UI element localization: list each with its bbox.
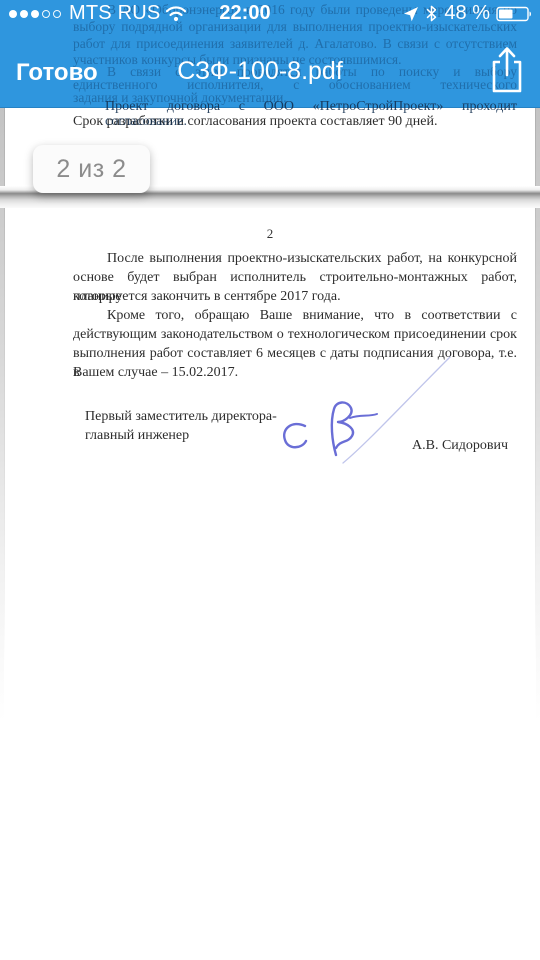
doc-line: Кроме того, обращаю Ваше внимание, что в… [107, 306, 517, 325]
bluetooth-icon [425, 5, 438, 22]
signature-role-line2: главный инженер [85, 426, 189, 445]
status-bar: MTS RUS 22:00 48 % [0, 0, 540, 27]
iphone-screen: Срок разработки и согласования проекта с… [0, 0, 540, 960]
document-title: СЗФ-100-8.pdf [70, 57, 450, 86]
signature-role-line1: Первый заместитель директора- [85, 407, 277, 426]
doc-line: После выполнения проектно-изыскательских… [107, 249, 517, 268]
share-button[interactable] [488, 45, 526, 95]
page-number: 2 [5, 226, 535, 242]
page-indicator-label: 2 из 2 [56, 155, 126, 184]
signal-strength-icon [9, 10, 61, 18]
doc-line: действующим законодательством о технолог… [73, 325, 517, 344]
doc-line: планируется закончить в сентябре 2017 го… [73, 287, 341, 306]
battery-icon [496, 6, 533, 22]
wifi-icon [165, 5, 187, 22]
location-arrow-icon [403, 6, 419, 22]
pdf-page-2[interactable]: 2 После выполнения проектно-изыскательск… [5, 208, 535, 960]
doc-line: Вашем случае – 15.02.2017. [73, 363, 238, 382]
battery-percent-label: 48 % [444, 2, 490, 25]
clock: 22:00 [190, 0, 300, 27]
carrier-label: MTS RUS [69, 2, 160, 25]
page-indicator-pill: 2 из 2 [33, 145, 150, 193]
page-right-edge [535, 107, 536, 960]
header-bar: В АО «Оборонэнерго» в 2016 году были про… [0, 0, 540, 108]
right-gutter [536, 107, 540, 960]
nav-bar: Готово СЗФ-100-8.pdf [0, 27, 540, 107]
handwritten-signature [270, 343, 470, 483]
